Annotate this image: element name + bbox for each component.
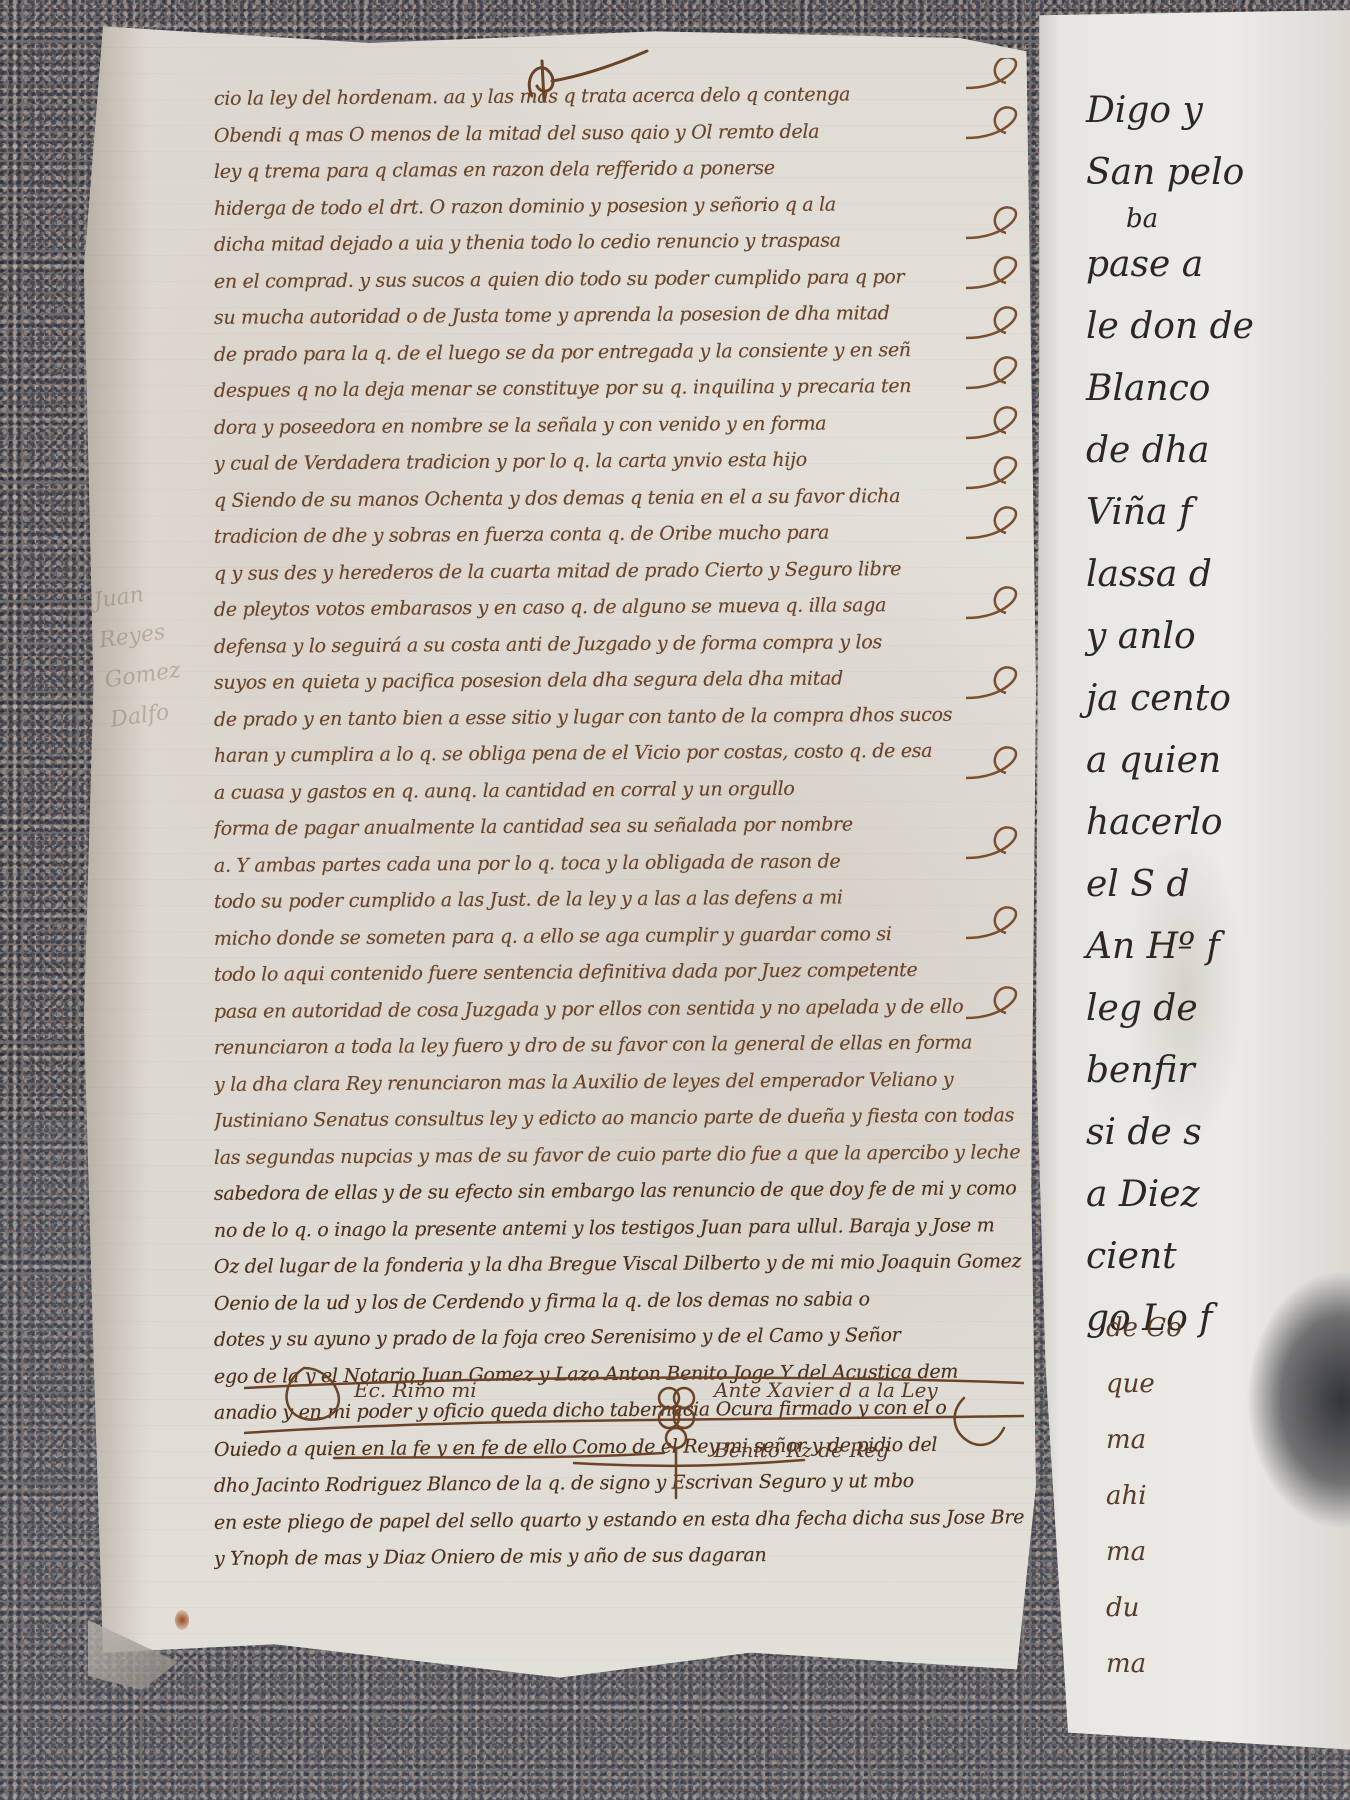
- text-line: de prado para la q. de el luego se da po…: [214, 331, 1034, 373]
- text-line: el S d: [1086, 854, 1254, 916]
- text-line: Oz del lugar de la fonderia y la dha Bre…: [214, 1243, 1034, 1285]
- text-line: q Siendo de su manos Ochenta y dos demas…: [214, 477, 1034, 519]
- text-line: defensa y lo seguirá a su costa anti de …: [214, 623, 1034, 665]
- text-line: de pleytos votos embarasos y en caso q. …: [214, 586, 1034, 628]
- manuscript-page-verso: Juan Reyes Gomez Dalfo cio la ley del ho…: [84, 18, 1036, 1686]
- text-line: a. Y ambas partes cada una por lo q. toc…: [214, 842, 1034, 884]
- text-line: Digo y: [1086, 80, 1254, 142]
- rust-stain: [175, 1610, 189, 1630]
- text-line: q y sus des y herederos de la cuarta mit…: [214, 550, 1034, 592]
- notary-name: Benito Rz de Reg: [714, 1438, 889, 1462]
- text-line: Justiniano Senatus consultus ley y edict…: [214, 1097, 1034, 1139]
- text-line: que: [1106, 1356, 1182, 1412]
- text-line: haran y cumplira a lo q. se obliga pena …: [214, 732, 1034, 774]
- text-line: dora y poseedora en nombre se la señala …: [214, 404, 1034, 446]
- text-line: du: [1106, 1580, 1182, 1636]
- text-line: dicha mitad dejado a uia y thenia todo l…: [214, 221, 1034, 263]
- text-line: y cual de Verdadera tradicion y por lo q…: [214, 440, 1034, 482]
- text-line: hacerlo: [1086, 792, 1254, 854]
- text-line: ma: [1106, 1412, 1182, 1468]
- text-line: y Ynoph de mas y Diaz Oniero de mis y añ…: [214, 1535, 1034, 1577]
- text-line: en el comprad. y sus sucos a quien dio t…: [214, 258, 1034, 300]
- notary-signature: Ante Xavier d a la Ley: [714, 1378, 938, 1402]
- text-line: San pelo: [1086, 142, 1254, 204]
- text-line: ba: [1126, 204, 1254, 234]
- text-line: y anlo: [1086, 606, 1254, 668]
- text-line: hiderga de todo el drt. O razon dominio …: [214, 185, 1034, 227]
- text-line: ma: [1106, 1524, 1182, 1580]
- text-line: pasa en autoridad de cosa Juzgada y por …: [214, 988, 1034, 1030]
- text-line: cio la ley del hordenam. aa y las mas q …: [214, 75, 1034, 117]
- ghost-word: Juan: [91, 575, 146, 622]
- text-line: y la dha clara Rey renunciaron mas la Au…: [214, 1061, 1034, 1103]
- text-line: no de lo q. o inago la presente antemi y…: [214, 1207, 1034, 1249]
- text-line: ahi: [1106, 1468, 1182, 1524]
- line-end-flourishes-icon: [966, 58, 1036, 1078]
- closing-phrase: Ec. Rimo mi: [354, 1378, 477, 1402]
- text-line: de Co: [1106, 1300, 1182, 1356]
- text-line: a quien: [1086, 730, 1254, 792]
- text-line: leg de: [1086, 978, 1254, 1040]
- ghost-word: Reyes: [97, 615, 152, 662]
- text-line: de prado y en tanto bien a esse sitio y …: [214, 696, 1034, 738]
- text-line: renunciaron a toda la ley fuero y dro de…: [214, 1024, 1034, 1066]
- text-line: ma: [1106, 1636, 1182, 1692]
- recto-lower-text: de Co que ma ahi ma du ma: [1106, 1300, 1182, 1692]
- text-line: todo lo aqui contenido fuere sentencia d…: [214, 951, 1034, 993]
- text-line: ja cento: [1086, 668, 1254, 730]
- text-line: su mucha autoridad o de Justa tome y apr…: [214, 294, 1034, 336]
- text-line: todo su poder cumplido a las Just. de la…: [214, 878, 1034, 920]
- text-line: a Diez: [1086, 1164, 1254, 1226]
- text-line: An Hº f: [1086, 916, 1254, 978]
- text-line: micho donde se someten para q. a ello se…: [214, 915, 1034, 957]
- text-line: tradicion de dhe y sobras en fuerza cont…: [214, 513, 1034, 555]
- text-line: ley q trema para q clamas en razon dela …: [214, 148, 1034, 190]
- text-line: pase a: [1086, 234, 1254, 296]
- text-line: lassa d: [1086, 544, 1254, 606]
- signature-block: Ec. Rimo mi Ante Xavier d a la Ley Benit…: [244, 1348, 1024, 1528]
- text-line: sabedora de ellas y de su efecto sin emb…: [214, 1170, 1034, 1212]
- text-line: Oenio de la ud y los de Cerdendo y firma…: [214, 1280, 1034, 1322]
- recto-text: Digo y San pelo ba pase a le don de Blan…: [1086, 80, 1254, 1350]
- text-line: de dha: [1086, 420, 1254, 482]
- cast-shadow: [1246, 1270, 1350, 1530]
- ghost-word: Gomez: [102, 655, 157, 702]
- text-line: Viña f: [1086, 482, 1254, 544]
- text-line: a cuasa y gastos en q. aunq. la cantidad…: [214, 769, 1034, 811]
- text-line: si de s: [1086, 1102, 1254, 1164]
- ghost-word: Dalfo: [108, 694, 163, 741]
- text-line: forma de pagar anualmente la cantidad se…: [214, 805, 1034, 847]
- signature-flourish-icon: [244, 1348, 1024, 1528]
- text-line: despues q no la deja menar se constituye…: [214, 367, 1034, 409]
- text-line: benfir: [1086, 1040, 1254, 1102]
- text-line: suyos en quieta y pacifica posesion dela…: [214, 659, 1034, 701]
- text-line: Obendi q mas O menos de la mitad del sus…: [214, 112, 1034, 154]
- text-line: le don de: [1086, 296, 1254, 358]
- text-line: Blanco: [1086, 358, 1254, 420]
- text-line: cient: [1086, 1226, 1254, 1288]
- manuscript-page-recto: Digo y San pelo ba pase a le don de Blan…: [1036, 10, 1350, 1750]
- text-line: las segundas nupcias y mas de su favor d…: [214, 1134, 1034, 1176]
